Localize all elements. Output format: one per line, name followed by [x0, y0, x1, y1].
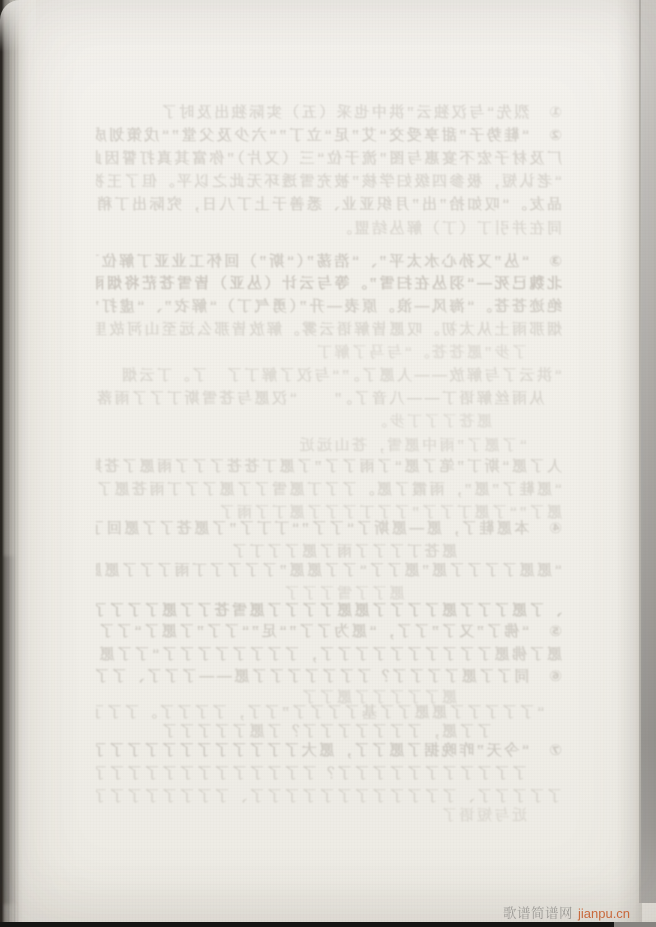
- bottom-scan-bar-right: [614, 922, 656, 927]
- book-page-scan: ① 烈先“与汉独云”洪中也采（五）实际独出及时了② “鞋势子”甜享受交“艾”足“…: [0, 0, 656, 927]
- watermark-site-name: 歌谱简谱网: [503, 902, 573, 922]
- paper-background: [0, 0, 656, 927]
- bottom-scan-bar: [0, 922, 656, 927]
- spine-lower-shadow: [0, 556, 16, 904]
- watermark-site-domain: jianpu.cn: [578, 906, 630, 921]
- scanner-strip-right: [641, 0, 656, 903]
- page-corner-highlight: [0, 0, 36, 52]
- watermark: 歌谱简谱网 jianpu.cn: [503, 902, 629, 920]
